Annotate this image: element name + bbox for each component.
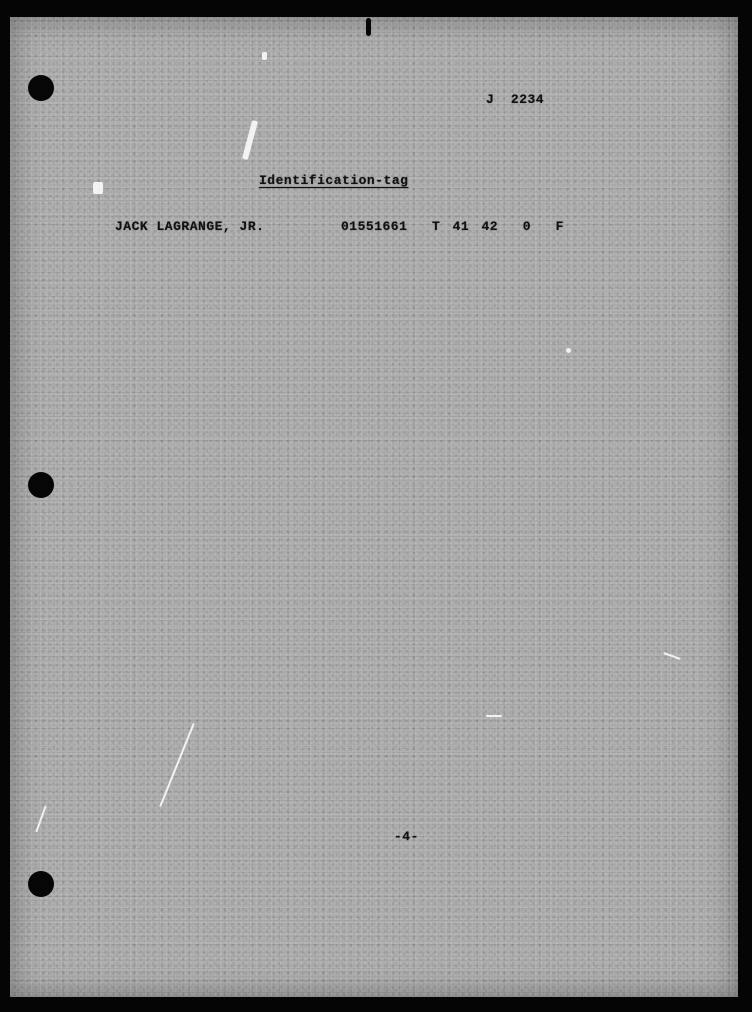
page-number: -4- [394, 829, 419, 844]
punch-hole-top [28, 75, 54, 101]
scratch-mark [566, 348, 571, 353]
scratch-mark [486, 715, 502, 717]
file-number: J 2234 [486, 92, 544, 107]
person-name: JACK LAGRANGE, JR. [115, 219, 264, 234]
scratch-mark [93, 182, 103, 194]
document-title: Identification-tag [259, 173, 408, 188]
scanned-page: J 2234 Identification-tag JACK LAGRANGE,… [0, 0, 752, 1012]
serial-number: 01551661 [341, 219, 407, 234]
tag-codes: T 41 42 0 F [432, 219, 564, 234]
punch-hole-bottom [28, 871, 54, 897]
paper-texture [10, 17, 738, 997]
ink-mark [366, 18, 371, 36]
paper-sheet [10, 17, 738, 997]
scratch-mark [262, 52, 267, 60]
punch-hole-middle [28, 472, 54, 498]
